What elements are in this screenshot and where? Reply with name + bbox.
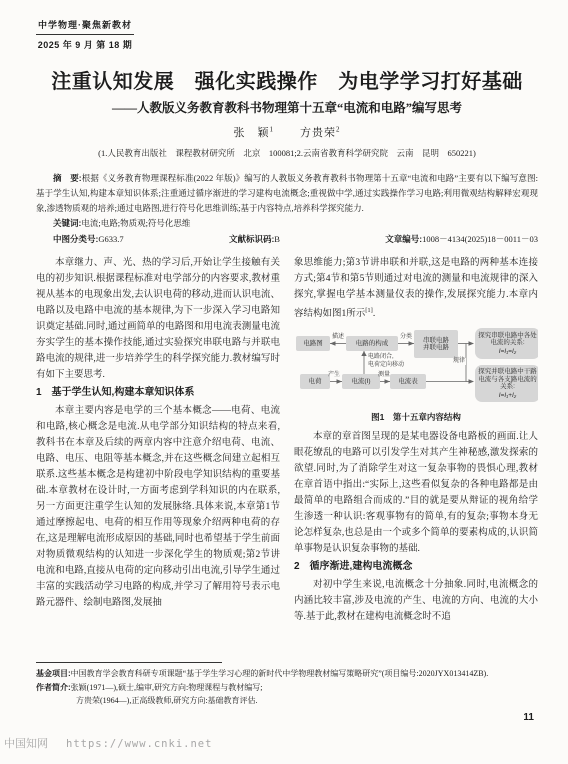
journal-issue: 2025 年 9 月 第 18 期 — [36, 35, 134, 51]
paragraph-text: . — [373, 309, 375, 319]
doc-code-value: B — [274, 234, 280, 244]
paragraph: 本章主要内容是电学的三个基本概念——电荷、电流和电路,核心概念是电流.从电学部分… — [36, 403, 280, 611]
paragraph: 对初中学生来说,电流概念十分抽象.同时,电流概念的内涵比较丰富,涉及电流的产生、… — [294, 577, 538, 625]
edge-label-produce: 产生 — [328, 372, 340, 379]
bio-label: 作者简介: — [36, 683, 71, 692]
fund-label: 基金项目: — [36, 669, 71, 678]
paragraph-text: 象思维能力;第3节讲串联和并联,这是电路的两种基本连接方式;第4节和第5节则通过… — [294, 258, 538, 319]
page-number: 11 — [523, 712, 534, 723]
law-parallel-formula: I=I₁+I₂ — [499, 392, 517, 400]
edge-label-describe: 描述 — [332, 334, 344, 341]
abstract-label: 摘 要: — [53, 173, 82, 183]
edge-label-circuit-closed: 电路闭合, — [368, 354, 394, 361]
author-1: 张 颖1 — [234, 127, 275, 139]
journal-name: 中学物理·聚焦新教材 — [36, 18, 134, 35]
figure-caption: 图1 第十五章内容结构 — [294, 409, 538, 425]
node-series-parallel: 串联电路 并联电路 — [414, 330, 458, 358]
edge-label-charge-move: 电荷定向移动 — [368, 362, 404, 369]
clc-label: 中图分类号: — [53, 234, 98, 244]
edge-label-law: 规律 — [452, 358, 466, 365]
right-column: 象思维能力;第3节讲串联和并联,这是电路的两种基本连接方式;第4节和第5节则通过… — [294, 255, 538, 653]
author-bio-line-2: 方贵荣(1964—),正高级教师,研究方向:基础教育评估. — [36, 694, 538, 708]
law-box-parallel: 探究并联电路中干路电流与各支路电流的关系: I=I₁+I₂ — [475, 365, 538, 402]
paragraph: 象思维能力;第3节讲串联和并联,这是电路的两种基本连接方式;第4节和第5节则通过… — [294, 255, 538, 322]
cnki-name: 中国知网 — [4, 738, 48, 750]
article-subtitle: ——人教版义务教育教科书物理第十五章“电流和电路”编写思考 — [36, 98, 538, 116]
law-box-series: 探究串联电路中各处电流的关系: I=I₁=I₂ — [475, 328, 538, 359]
content-structure-diagram: 电路图 电路的构成 串联电路 并联电路 电荷 电流(I) 电流表 探究串联电路中… — [294, 328, 538, 404]
paper-page: 中学物理·聚焦新教材 2025 年 9 月 第 18 期 注重认知发展 强化实践… — [0, 0, 568, 764]
keywords-line: 关键词:电流;电路;物质观;符号化思维 — [36, 216, 538, 231]
footnote-divider — [36, 662, 222, 663]
abstract-paragraph: 摘 要:根据《义务教育物理课程标准(2022 年版)》编写的人教版义务教育教科书… — [36, 171, 538, 216]
clc-value: G633.7 — [98, 234, 123, 244]
author-affil-mark: 1 — [270, 125, 275, 133]
footnote: 基金项目:中国教育学会教育科研专项课题“基于学生学习心理的新时代中学物理教材编写… — [36, 662, 538, 708]
fund-project-line: 基金项目:中国教育学会教育科研专项课题“基于学生学习心理的新时代中学物理教材编写… — [36, 667, 538, 681]
author-bio-line-1: 作者简介:张颖(1971—),硕士,编审,研究方向:物理课程与教材编写; — [36, 681, 538, 695]
node-ammeter: 电流表 — [390, 374, 426, 389]
author-affil-mark: 2 — [336, 125, 341, 133]
cnki-watermark: 中国知网https://www.cnki.net — [4, 735, 212, 751]
document-code: 文献标识码:B — [229, 232, 280, 247]
abstract-text: 根据《义务教育物理课程标准(2022 年版)》编写的人教版义务教育教科书物理第十… — [36, 173, 538, 213]
node-circuit-composition: 电路的构成 — [346, 336, 398, 351]
bio-text-1: 张颖(1971—),硕士,编审,研究方向:物理课程与教材编写; — [71, 683, 263, 692]
node-current: 电流(I) — [342, 374, 380, 389]
keywords-label: 关键词: — [53, 218, 81, 228]
author-2: 方贵荣2 — [300, 127, 341, 139]
law-series-text: 探究串联电路中各处电流的关系: — [477, 332, 538, 347]
journal-header: 中学物理·聚焦新教材 2025 年 9 月 第 18 期 — [36, 18, 134, 51]
article-id-label: 文章编号: — [385, 234, 422, 244]
authors-line: 张 颖1方贵荣2 — [36, 124, 538, 140]
node-parallel-label: 并联电路 — [423, 344, 449, 352]
article-id: 文章编号:1008－4134(2025)18－0011－03 — [385, 232, 538, 247]
paragraph: 本章继力、声、光、热的学习后,开始让学生接触有关电的初步知识.根据课程标准对电学… — [36, 255, 280, 383]
article-title: 注重认知发展 强化实践操作 为电学学习打好基础 — [36, 65, 538, 94]
doc-code-label: 文献标识码: — [229, 234, 274, 244]
section-heading-2: 2 循序渐进,建构电流概念 — [294, 559, 538, 575]
figure-1: 电路图 电路的构成 串联电路 并联电路 电荷 电流(I) 电流表 探究串联电路中… — [294, 328, 538, 425]
node-charge: 电荷 — [300, 374, 330, 389]
node-circuit-diagram: 电路图 — [296, 336, 330, 351]
law-parallel-text: 探究并联电路中干路电流与各支路电流的关系: — [477, 368, 538, 391]
body-columns: 本章继力、声、光、热的学习后,开始让学生接触有关电的初步知识.根据课程标准对电学… — [36, 255, 538, 653]
law-series-formula: I=I₁=I₂ — [499, 348, 517, 356]
cnki-url: https://www.cnki.net — [66, 738, 212, 750]
author-name: 张 颖 — [234, 127, 270, 139]
classification-row: 中图分类号:G633.7 文献标识码:B 文章编号:1008－4134(2025… — [36, 232, 538, 247]
citation-mark: [1] — [365, 307, 373, 314]
bio-text-2: 方贵荣(1964—),正高级教师,研究方向:基础教育评估. — [76, 696, 258, 705]
affiliation: (1.人民教育出版社 课程教材研究所 北京 100081;2.云南省教育科学研究… — [36, 147, 538, 159]
article-id-value: 1008－4134(2025)18－0011－03 — [422, 234, 538, 244]
left-column: 本章继力、声、光、热的学习后,开始让学生接触有关电的初步知识.根据课程标准对电学… — [36, 255, 280, 653]
clc-number: 中图分类号:G633.7 — [53, 232, 124, 247]
keywords-text: 电流;电路;物质观;符号化思维 — [81, 218, 190, 228]
author-name: 方贵荣 — [300, 127, 336, 139]
fund-text: 中国教育学会教育科研专项课题“基于学生学习心理的新时代中学物理教材编写策略研究”… — [71, 669, 489, 678]
paragraph: 本章的章首图呈现的是某电器设备电路板的画面.让人眼花缭乱的电路可以引发学生对其产… — [294, 429, 538, 557]
section-heading-1: 1 基于学生认知,构建本章知识体系 — [36, 385, 280, 401]
edge-label-classify: 分类 — [400, 334, 412, 341]
edge-label-measure: 测量 — [378, 372, 390, 379]
abstract-block: 摘 要:根据《义务教育物理课程标准(2022 年版)》编写的人教版义务教育教科书… — [36, 171, 538, 247]
